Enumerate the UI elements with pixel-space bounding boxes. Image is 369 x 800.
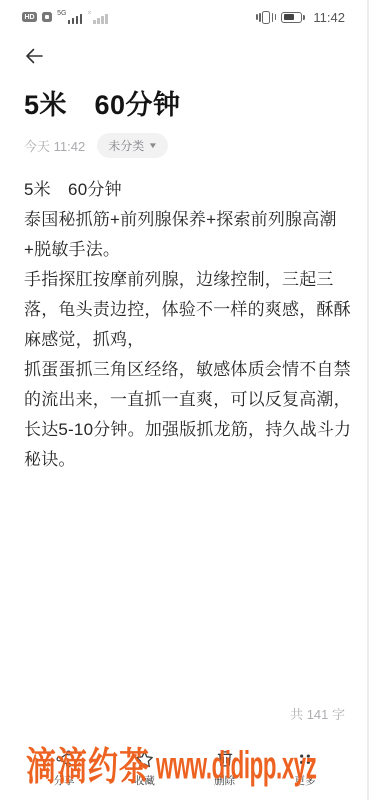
category-label: 未分类: [108, 137, 144, 154]
trash-icon: [215, 748, 235, 770]
share-label: 分享: [54, 773, 75, 788]
no-service-label: ×: [87, 10, 91, 17]
back-arrow-icon: [22, 44, 46, 68]
share-icon: [54, 748, 74, 770]
note-body[interactable]: 5米 60分钟 泰国秘抓筋+前列腺保养+探索前列腺高潮 +脱敏手法。 手指探肛按…: [24, 175, 343, 475]
note-title[interactable]: 5米 60分钟: [24, 86, 343, 124]
bottom-toolbar: 分享 收藏 删除: [0, 748, 367, 794]
favorite-label: 收藏: [134, 773, 155, 788]
status-bar-left: HD 5G ×: [22, 10, 108, 24]
note-line: 手指探肛按摩前列腺，边缘控制，三起三: [24, 265, 343, 295]
note-line: 5米 60分钟: [24, 175, 343, 205]
share-button[interactable]: 分享: [38, 748, 90, 794]
notes-app-screen: HD 5G × 11:42: [0, 0, 369, 800]
note-line: 泰国秘抓筋+前列腺保养+探索前列腺高潮: [24, 205, 343, 235]
network-type-label: 5G: [57, 10, 66, 17]
star-icon: [134, 748, 155, 770]
status-bar-right: 11:42: [256, 10, 345, 25]
status-bar: HD 5G × 11:42: [0, 0, 367, 34]
back-button[interactable]: [22, 41, 52, 71]
more-button[interactable]: 更多: [279, 748, 331, 794]
note-line: 抓蛋蛋抓三角区经络，敏感体质会情不自禁: [24, 355, 343, 385]
char-count: 共 141 字: [290, 704, 345, 723]
note-meta-row: 今天 11:42 未分类 ▼: [24, 133, 343, 158]
more-label: 更多: [294, 773, 315, 788]
note-line: 麻感觉，抓鸡，: [24, 325, 343, 355]
signal-5g-icon: 5G: [57, 10, 82, 24]
delete-label: 删除: [214, 773, 235, 788]
more-dots-icon: [295, 748, 315, 770]
sim-badge-icon: [42, 12, 52, 22]
note-line: 落，龟头责边控，体验不一样的爽感，酥酥: [24, 295, 343, 325]
vibrate-icon: [256, 11, 276, 24]
category-selector[interactable]: 未分类 ▼: [97, 133, 168, 158]
note-line: 长达5-10分钟。加强版抓龙筋，持久战斗力: [24, 415, 343, 445]
favorite-button[interactable]: 收藏: [118, 748, 170, 794]
note-timestamp: 今天 11:42: [24, 136, 85, 155]
hd-icon: HD: [22, 12, 37, 22]
status-bar-time: 11:42: [313, 10, 345, 25]
note-line: 秘诀。: [24, 445, 343, 475]
delete-button[interactable]: 删除: [199, 748, 251, 794]
chevron-down-icon: ▼: [148, 141, 158, 150]
signal-no-service-icon: ×: [87, 10, 107, 24]
note-line: 的流出来，一直抓一直爽，可以反复高潮，: [24, 385, 343, 415]
header-row: [0, 34, 367, 78]
battery-icon: [281, 12, 305, 23]
note-line: +脱敏手法。: [24, 235, 343, 265]
